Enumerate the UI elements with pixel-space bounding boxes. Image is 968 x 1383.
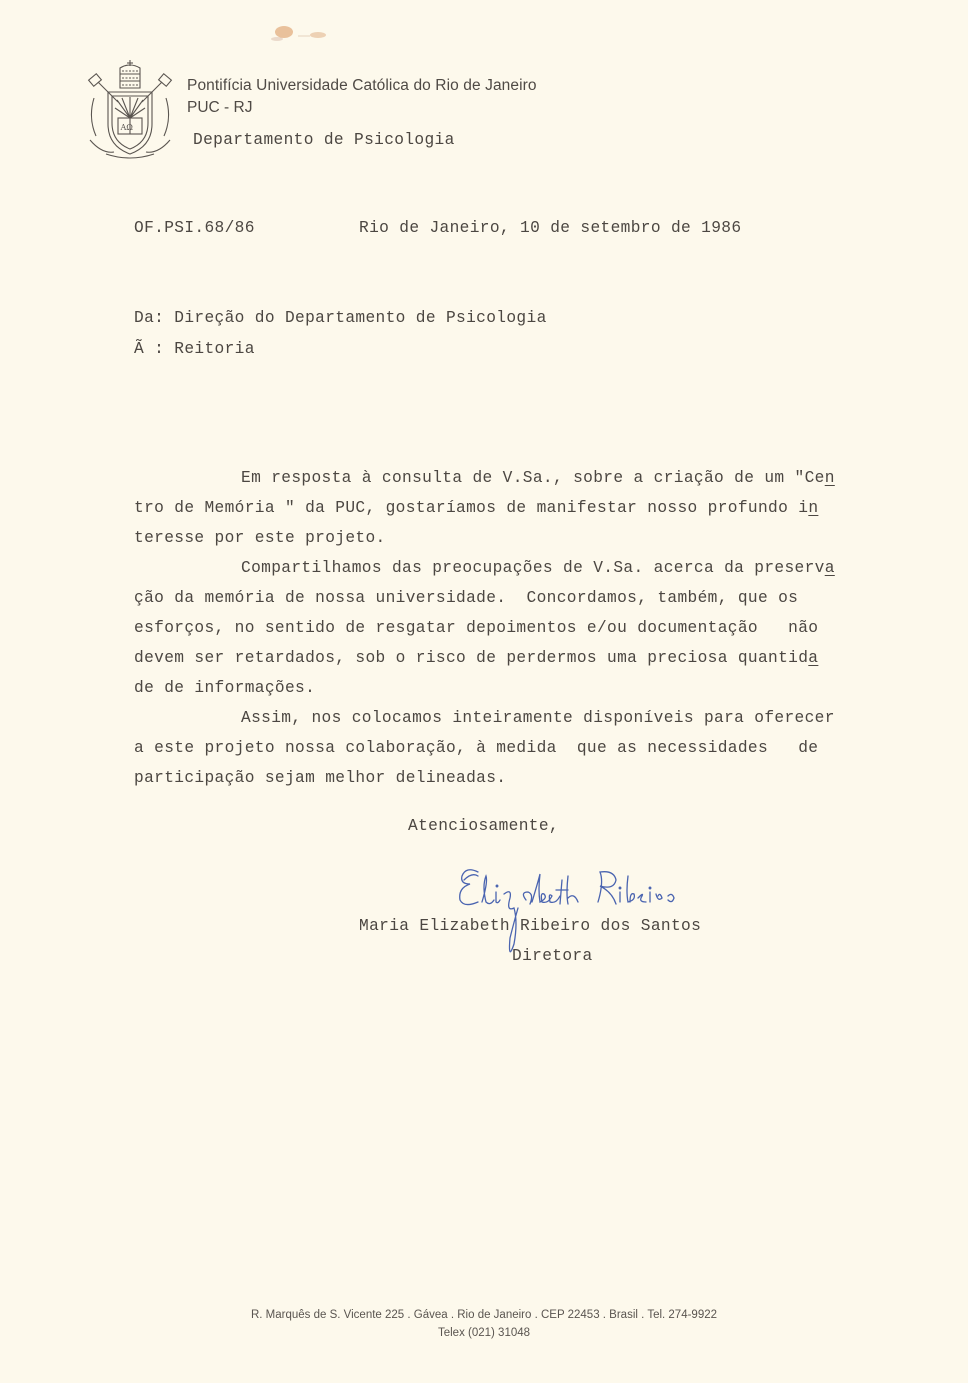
sender-line: Da: Direção do Departamento de Psicologi… <box>134 309 547 327</box>
institution-name: Pontifícia Universidade Católica do Rio … <box>187 77 537 95</box>
paper-stain <box>262 22 342 48</box>
body-line: a este projeto nossa colaboração, à medi… <box>134 739 818 757</box>
body-line: de de informações. <box>134 679 315 697</box>
body-line: devem ser retardados, sob o risco de per… <box>134 649 818 667</box>
letter-page: AΩ Pontifícia Universidade Católica do R… <box>0 0 968 1383</box>
reference-number: OF.PSI.68/86 <box>134 219 255 237</box>
body-line: participação sejam melhor delineadas. <box>134 769 506 787</box>
body-line: esforços, no sentido de resgatar depoime… <box>134 619 818 637</box>
footer-address: R. Marquês de S. Vicente 225 . Gávea . R… <box>0 1309 968 1321</box>
institution-short-name: PUC - RJ <box>187 99 252 117</box>
svg-text:AΩ: AΩ <box>120 123 134 132</box>
body-line: Em resposta à consulta de V.Sa., sobre a… <box>241 469 835 487</box>
body-line: Compartilhamos das preocupações de V.Sa.… <box>241 559 835 577</box>
body-line: ção da memória de nossa universidade. Co… <box>134 589 798 607</box>
signer-name: Maria Elizabeth Ribeiro dos Santos <box>359 917 701 935</box>
body-line: teresse por este projeto. <box>134 529 386 547</box>
recipient-line: Ã : Reitoria <box>134 340 255 358</box>
place-and-date: Rio de Janeiro, 10 de setembro de 1986 <box>359 219 741 237</box>
department-name: Departamento de Psicologia <box>193 131 455 149</box>
body-line: Assim, nos colocamos inteiramente dispon… <box>241 709 835 727</box>
footer-telex: Telex (021) 31048 <box>0 1327 968 1339</box>
signer-title: Diretora <box>512 947 593 965</box>
body-line: tro de Memória " da PUC, gostaríamos de … <box>134 499 818 517</box>
university-coat-of-arms-icon: AΩ <box>84 58 176 162</box>
closing: Atenciosamente, <box>408 817 559 835</box>
